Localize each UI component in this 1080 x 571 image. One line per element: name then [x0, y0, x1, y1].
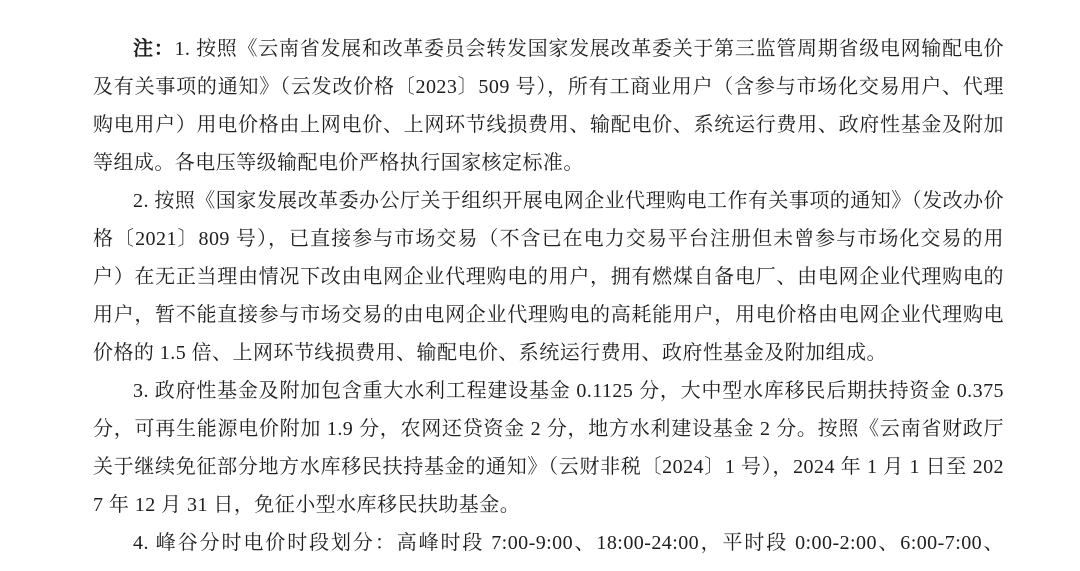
note-paragraph-3: 3. 政府性基金及附加包含重大水利工程建设基金 0.1125 分，大中型水库移民… [93, 372, 1004, 524]
note-paragraph-4-text: 4. 峰谷分时电价时段划分：高峰时段 7:00-9:00、18:00-24:00… [133, 532, 1004, 554]
note-paragraph-2-text: 2. 按照《国家发展改革委办公厅关于组织开展电网企业代理购电工作有关事项的通知》… [93, 190, 1004, 364]
note-label: 注： [133, 38, 174, 60]
note-paragraph-4: 4. 峰谷分时电价时段划分：高峰时段 7:00-9:00、18:00-24:00… [93, 524, 1004, 562]
note-paragraph-1: 注：1. 按照《云南省发展和改革委员会转发国家发展改革委关于第三监管周期省级电网… [93, 30, 1004, 182]
note-paragraph-1-text: 1. 按照《云南省发展和改革委员会转发国家发展改革委关于第三监管周期省级电网输配… [93, 38, 1004, 174]
note-paragraph-2: 2. 按照《国家发展改革委办公厅关于组织开展电网企业代理购电工作有关事项的通知》… [93, 182, 1004, 372]
note-paragraph-3-text: 3. 政府性基金及附加包含重大水利工程建设基金 0.1125 分，大中型水库移民… [93, 380, 1004, 516]
document-page: 注：1. 按照《云南省发展和改革委员会转发国家发展改革委关于第三监管周期省级电网… [0, 0, 1080, 571]
